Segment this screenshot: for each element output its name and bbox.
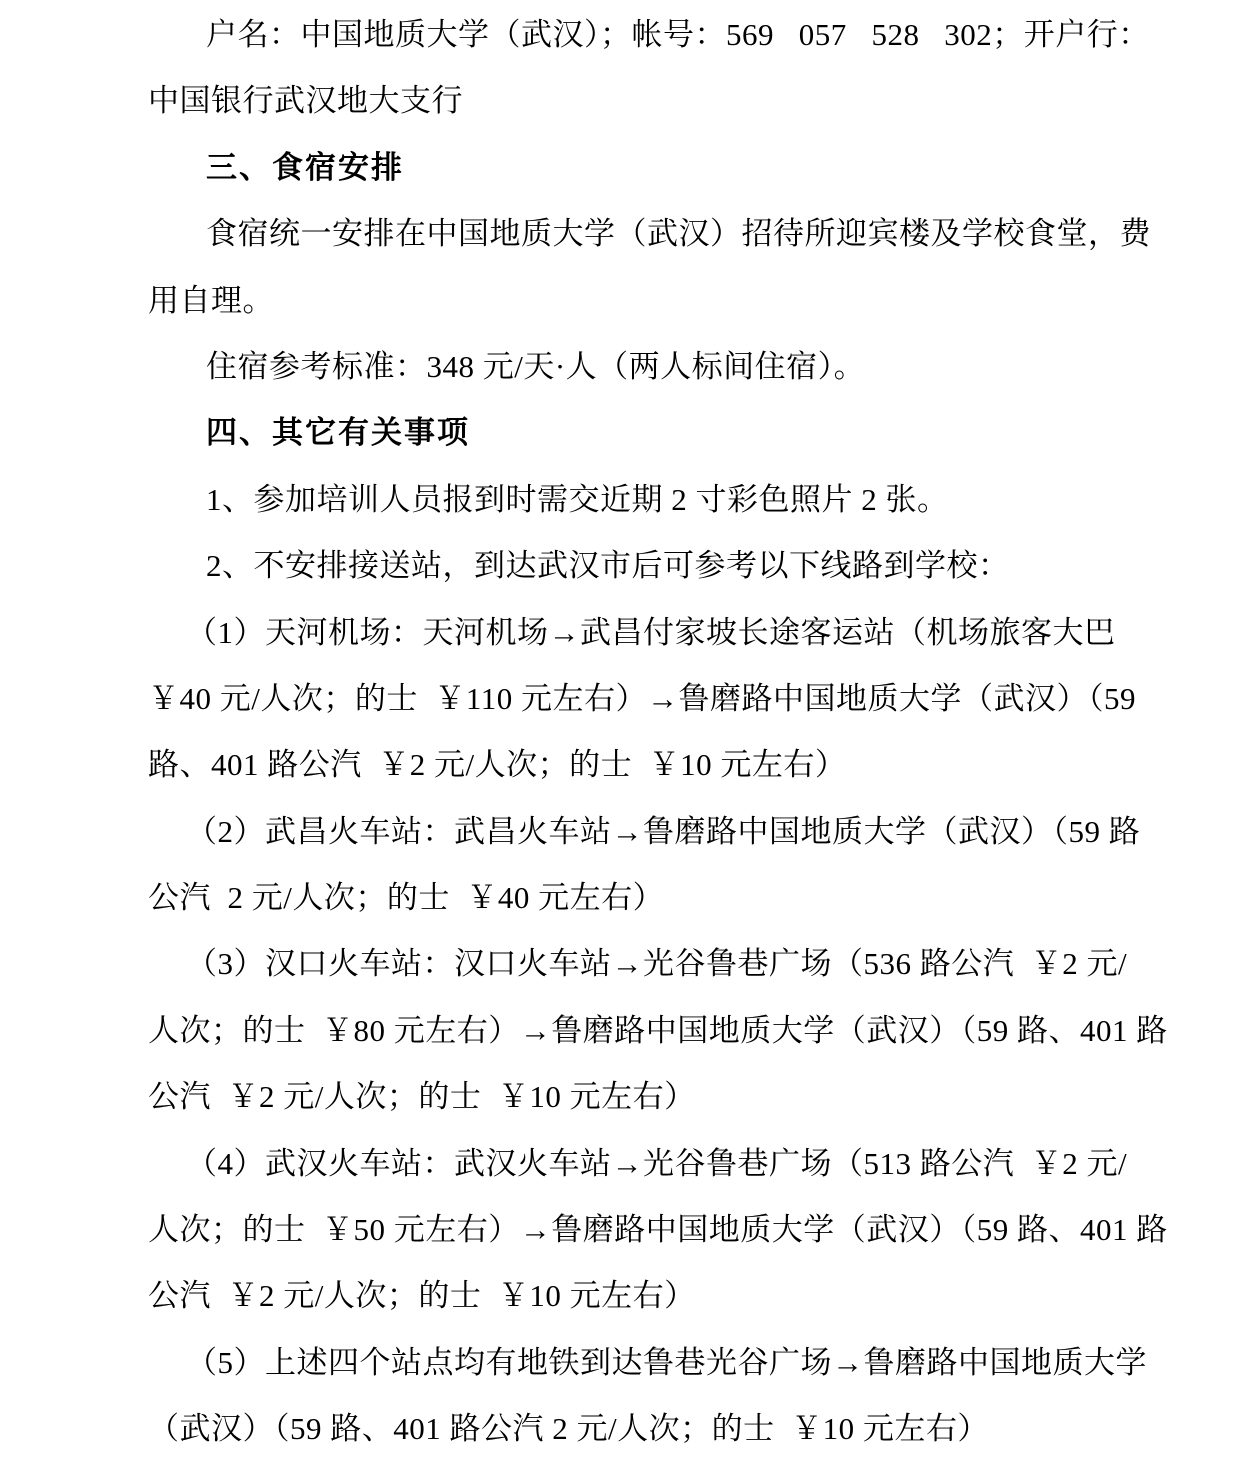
- text-line: 人次；的士 ￥50 元左右）→鲁磨路中国地质大学（武汉）（59 路、401 路: [148, 1197, 1110, 1263]
- text-line: （武汉）（59 路、401 路公汽 2 元/人次；的士 ￥10 元左右）: [148, 1396, 1110, 1462]
- text-line: 公汽 ￥2 元/人次；的士 ￥10 元左右）: [148, 1064, 1110, 1130]
- text-line: 户名：中国地质大学（武汉）；帐号：569 057 528 302；开户行：: [148, 2, 1110, 68]
- text-line: 住宿参考标准：348 元/天·人（两人标间住宿）。: [148, 334, 1110, 400]
- text-line: 中国银行武汉地大支行: [148, 68, 1110, 134]
- text-line: 2、不安排接送站，到达武汉市后可参考以下线路到学校：: [148, 533, 1110, 599]
- document-page: 户名：中国地质大学（武汉）；帐号：569 057 528 302；开户行：中国银…: [0, 0, 1240, 1463]
- text-line: 1、参加培训人员报到时需交近期 2 寸彩色照片 2 张。: [148, 467, 1110, 533]
- text-line: 公汽 ￥2 元/人次；的士 ￥10 元左右）: [148, 1263, 1110, 1329]
- text-line: 食宿统一安排在中国地质大学（武汉）招待所迎宾楼及学校食堂，费: [148, 201, 1110, 267]
- text-line: （2）武昌火车站：武昌火车站→鲁磨路中国地质大学（武汉）（59 路: [148, 799, 1110, 865]
- text-line: ￥40 元/人次；的士 ￥110 元左右）→鲁磨路中国地质大学（武汉）（59: [148, 666, 1110, 732]
- text-line: （4）武汉火车站：武汉火车站→光谷鲁巷广场（513 路公汽 ￥2 元/: [148, 1131, 1110, 1197]
- section-heading: 三、食宿安排: [148, 135, 1110, 201]
- section-heading: 四、其它有关事项: [148, 400, 1110, 466]
- text-line: 人次；的士 ￥80 元左右）→鲁磨路中国地质大学（武汉）（59 路、401 路: [148, 998, 1110, 1064]
- text-line: 路、401 路公汽 ￥2 元/人次；的士 ￥10 元左右）: [148, 732, 1110, 798]
- text-line: （1）天河机场：天河机场→武昌付家坡长途客运站（机场旅客大巴: [148, 600, 1110, 666]
- text-line: 用自理。: [148, 268, 1110, 334]
- text-line: （3）汉口火车站：汉口火车站→光谷鲁巷广场（536 路公汽 ￥2 元/: [148, 931, 1110, 997]
- text-line: （5）上述四个站点均有地铁到达鲁巷光谷广场→鲁磨路中国地质大学: [148, 1330, 1110, 1396]
- text-line: 公汽 2 元/人次；的士 ￥40 元左右）: [148, 865, 1110, 931]
